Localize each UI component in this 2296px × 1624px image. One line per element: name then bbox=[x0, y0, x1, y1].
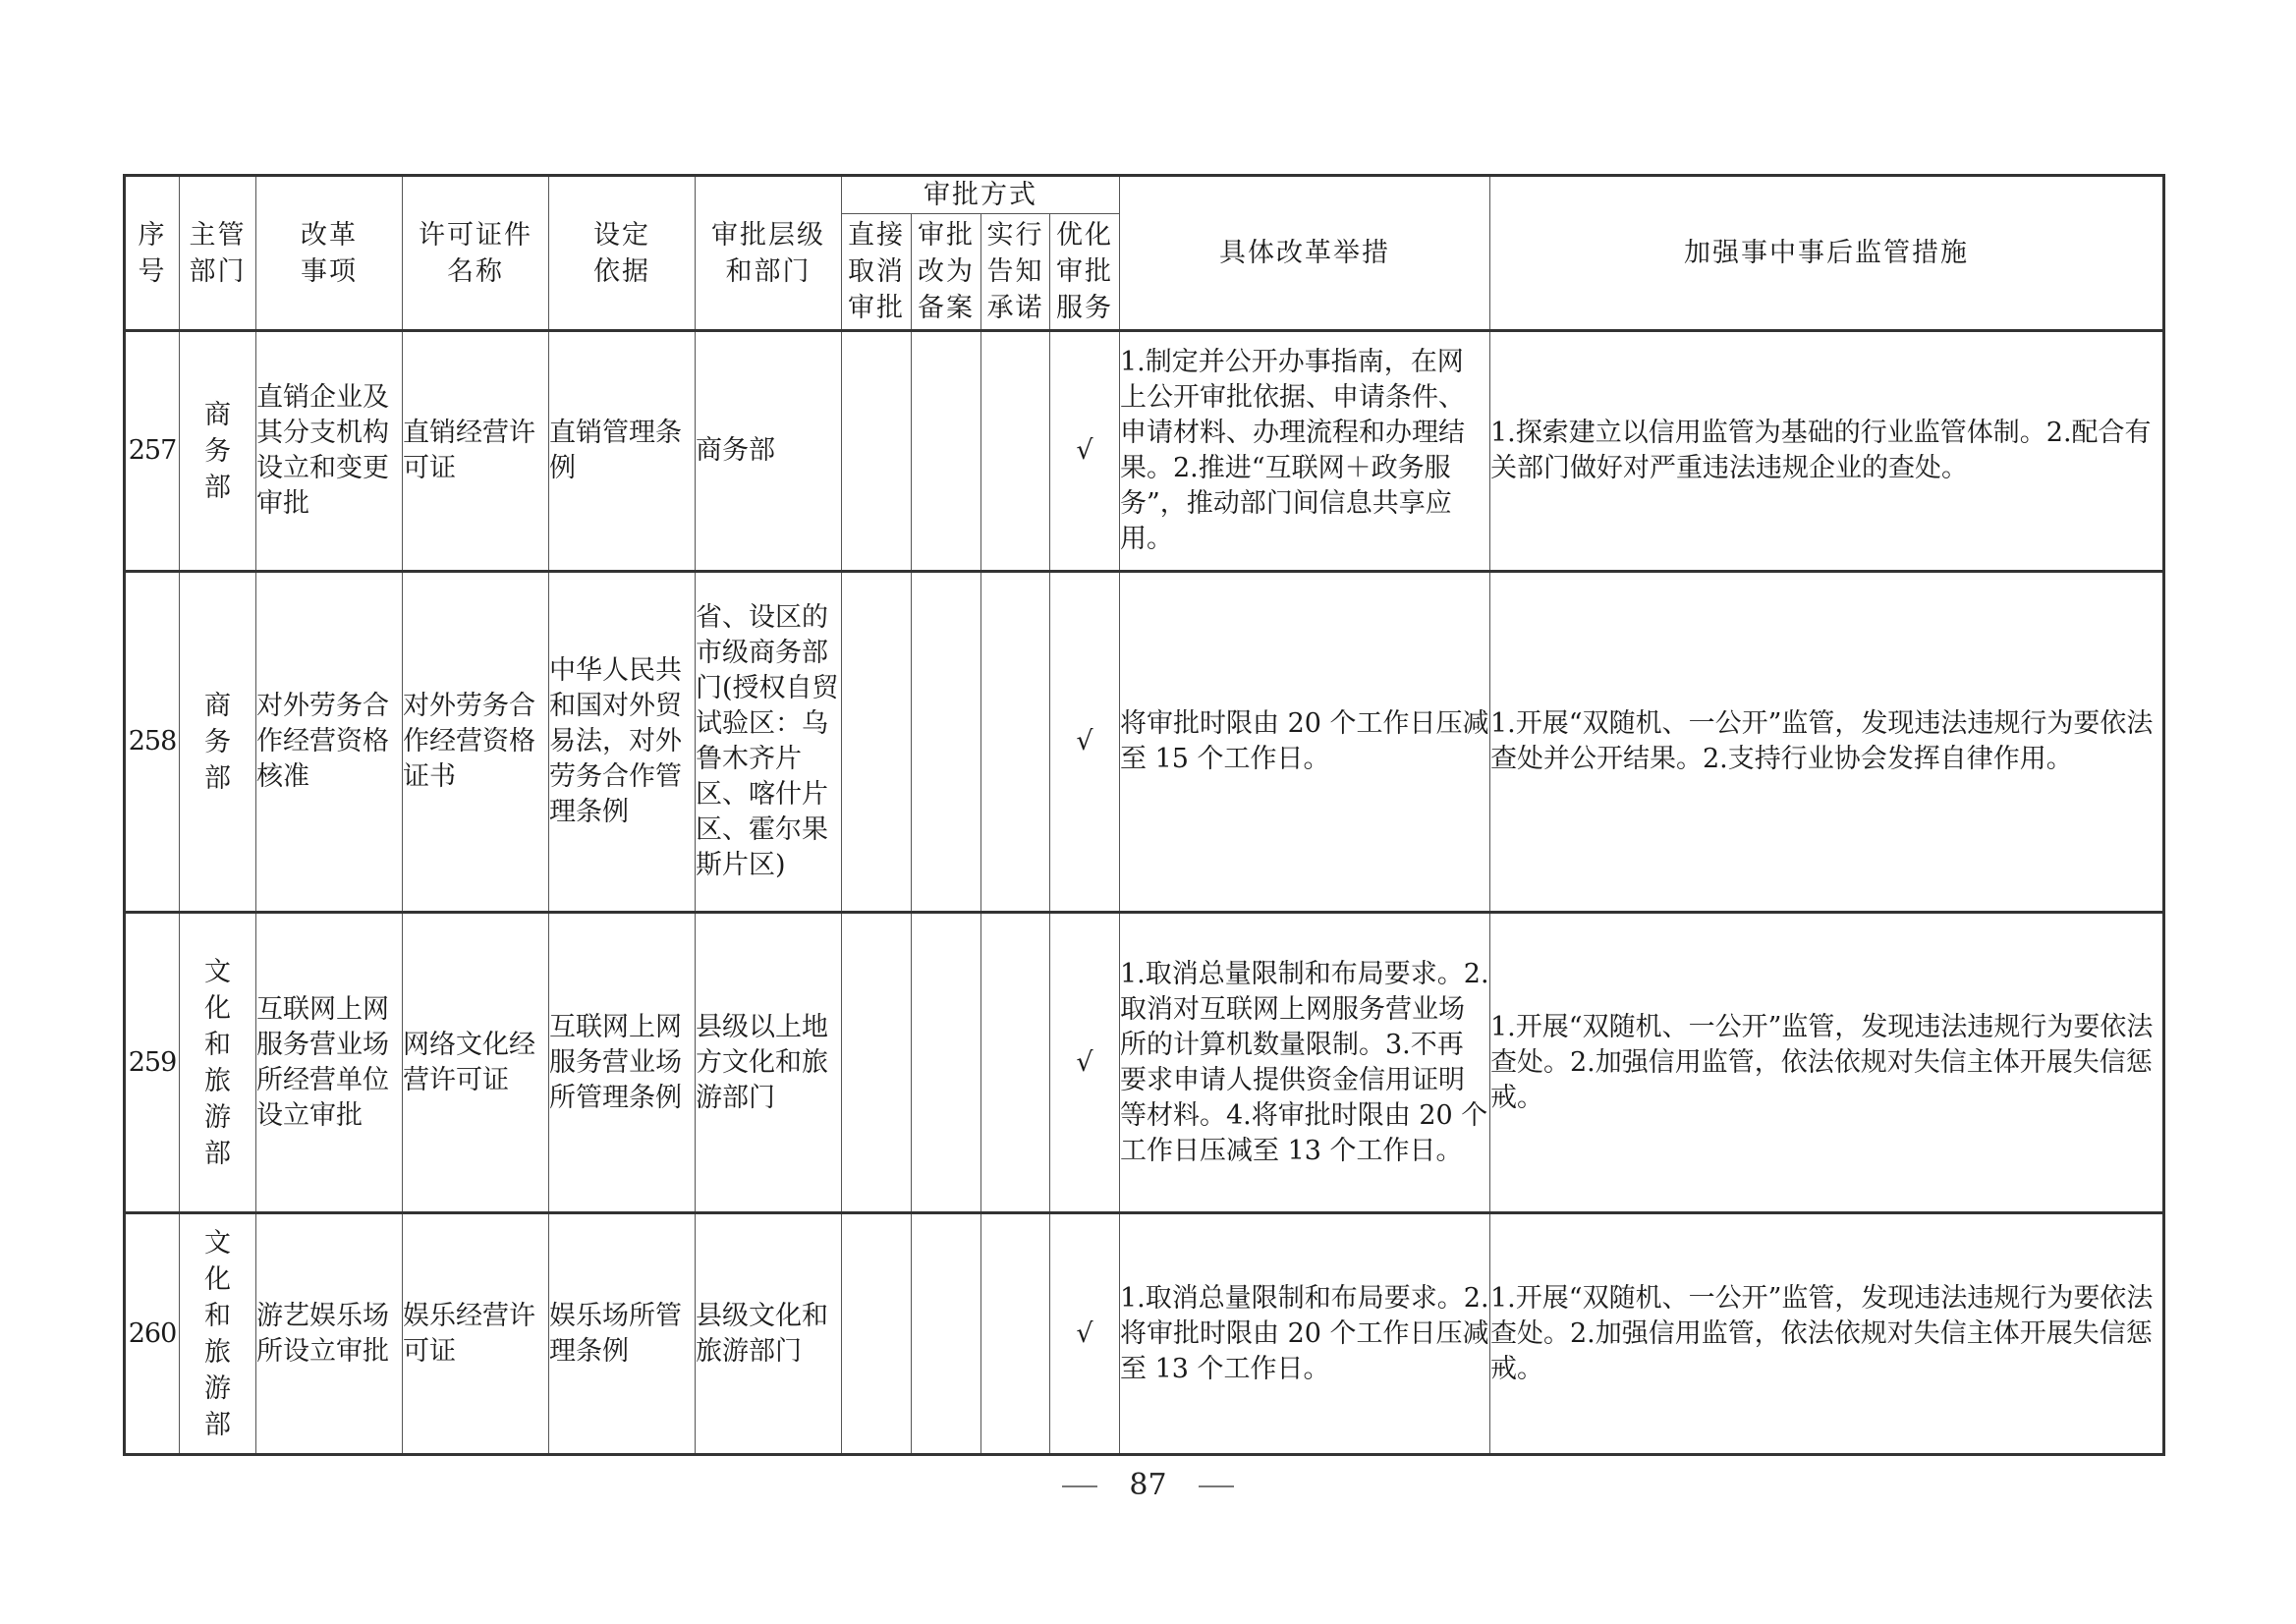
row-filing bbox=[912, 1213, 981, 1455]
row-commitment bbox=[981, 1213, 1050, 1455]
table-row: 257 商务部 直销企业及其分支机构设立和变更审批 直销经营许可证 直销管理条例… bbox=[125, 331, 2164, 572]
row-commitment bbox=[981, 913, 1050, 1213]
row-supervision: 1.开展“双随机、一公开”监管，发现违法违规行为要依法查处。2.加强信用监管，依… bbox=[1490, 1213, 2164, 1455]
row-basis: 互联网上网服务营业场所管理条例 bbox=[549, 913, 696, 1213]
row-basis: 中华人民共和国对外贸易法，对外劳务合作管理条例 bbox=[549, 572, 696, 913]
row-item: 对外劳务合作经营资格核准 bbox=[256, 572, 403, 913]
row-cancel bbox=[842, 1213, 912, 1455]
header-row: 序号 主管部门 改革事项 许可证件名称 设定依据 审批层级和部门 审批方式 具体… bbox=[125, 176, 2164, 214]
header-approval-method: 审批方式 bbox=[842, 176, 1120, 214]
header-dept: 主管部门 bbox=[180, 176, 256, 331]
check-mark-icon: √ bbox=[1050, 331, 1120, 572]
page-number-text: 87 bbox=[1129, 1468, 1166, 1502]
header-license: 许可证件名称 bbox=[403, 176, 549, 331]
row-filing bbox=[912, 331, 981, 572]
row-cancel bbox=[842, 572, 912, 913]
reform-table: 序号 主管部门 改革事项 许可证件名称 设定依据 审批层级和部门 审批方式 具体… bbox=[123, 174, 2165, 1456]
page-number: 87 bbox=[0, 1468, 2296, 1502]
row-basis: 直销管理条例 bbox=[549, 331, 696, 572]
header-change-to-filing: 审批改为备案 bbox=[912, 214, 981, 331]
row-level: 省、设区的市级商务部门(授权自贸试验区：乌鲁木齐片区、喀什片区、霍尔果斯片区) bbox=[696, 572, 842, 913]
header-supervision: 加强事中事后监管措施 bbox=[1490, 176, 2164, 331]
table-row: 259 文化和旅游部 互联网上网服务营业场所经营单位设立审批 网络文化经营许可证… bbox=[125, 913, 2164, 1213]
row-cancel bbox=[842, 331, 912, 572]
row-seq: 260 bbox=[125, 1213, 180, 1455]
row-seq: 259 bbox=[125, 913, 180, 1213]
document-page: 序号 主管部门 改革事项 许可证件名称 设定依据 审批层级和部门 审批方式 具体… bbox=[0, 0, 2296, 1624]
row-commitment bbox=[981, 572, 1050, 913]
row-filing bbox=[912, 913, 981, 1213]
check-mark-icon: √ bbox=[1050, 1213, 1120, 1455]
row-item: 游艺娱乐场所设立审批 bbox=[256, 1213, 403, 1455]
table-row: 258 商务部 对外劳务合作经营资格核准 对外劳务合作经营资格证书 中华人民共和… bbox=[125, 572, 2164, 913]
row-seq: 257 bbox=[125, 331, 180, 572]
header-optimize-service: 优化审批服务 bbox=[1050, 214, 1120, 331]
check-mark-icon: √ bbox=[1050, 572, 1120, 913]
row-supervision: 1.开展“双随机、一公开”监管，发现违法违规行为要依法查处并公开结果。2.支持行… bbox=[1490, 572, 2164, 913]
row-cancel bbox=[842, 913, 912, 1213]
row-commitment bbox=[981, 331, 1050, 572]
header-seq: 序号 bbox=[125, 176, 180, 331]
row-filing bbox=[912, 572, 981, 913]
header-notification-commitment: 实行告知承诺 bbox=[981, 214, 1050, 331]
row-supervision: 1.探索建立以信用监管为基础的行业监管体制。2.配合有关部门做好对严重违法违规企… bbox=[1490, 331, 2164, 572]
row-dept: 商务部 bbox=[180, 331, 256, 572]
row-license: 娱乐经营许可证 bbox=[403, 1213, 549, 1455]
row-item: 直销企业及其分支机构设立和变更审批 bbox=[256, 331, 403, 572]
table-row: 260 文化和旅游部 游艺娱乐场所设立审批 娱乐经营许可证 娱乐场所管理条例 县… bbox=[125, 1213, 2164, 1455]
dash-right-icon bbox=[1199, 1485, 1234, 1487]
row-seq: 258 bbox=[125, 572, 180, 913]
row-basis: 娱乐场所管理条例 bbox=[549, 1213, 696, 1455]
check-mark-icon: √ bbox=[1050, 913, 1120, 1213]
header-cancel-approval: 直接取消审批 bbox=[842, 214, 912, 331]
row-level: 县级文化和旅游部门 bbox=[696, 1213, 842, 1455]
row-license: 对外劳务合作经营资格证书 bbox=[403, 572, 549, 913]
row-reform: 1.取消总量限制和布局要求。2.将审批时限由 20 个工作日压减至 13 个工作… bbox=[1120, 1213, 1490, 1455]
row-reform: 将审批时限由 20 个工作日压减至 15 个工作日。 bbox=[1120, 572, 1490, 913]
row-reform: 1.制定并公开办事指南，在网上公开审批依据、申请条件、申请材料、办理流程和办理结… bbox=[1120, 331, 1490, 572]
row-level: 商务部 bbox=[696, 331, 842, 572]
header-level: 审批层级和部门 bbox=[696, 176, 842, 331]
row-dept: 商务部 bbox=[180, 572, 256, 913]
row-reform: 1.取消总量限制和布局要求。2.取消对互联网上网服务营业场所的计算机数量限制。3… bbox=[1120, 913, 1490, 1213]
header-item: 改革事项 bbox=[256, 176, 403, 331]
row-dept: 文化和旅游部 bbox=[180, 913, 256, 1213]
row-license: 直销经营许可证 bbox=[403, 331, 549, 572]
row-license: 网络文化经营许可证 bbox=[403, 913, 549, 1213]
dash-left-icon bbox=[1062, 1485, 1097, 1487]
header-reform: 具体改革举措 bbox=[1120, 176, 1490, 331]
row-dept: 文化和旅游部 bbox=[180, 1213, 256, 1455]
row-item: 互联网上网服务营业场所经营单位设立审批 bbox=[256, 913, 403, 1213]
row-supervision: 1.开展“双随机、一公开”监管，发现违法违规行为要依法查处。2.加强信用监管，依… bbox=[1490, 913, 2164, 1213]
row-level: 县级以上地方文化和旅游部门 bbox=[696, 913, 842, 1213]
header-basis: 设定依据 bbox=[549, 176, 696, 331]
